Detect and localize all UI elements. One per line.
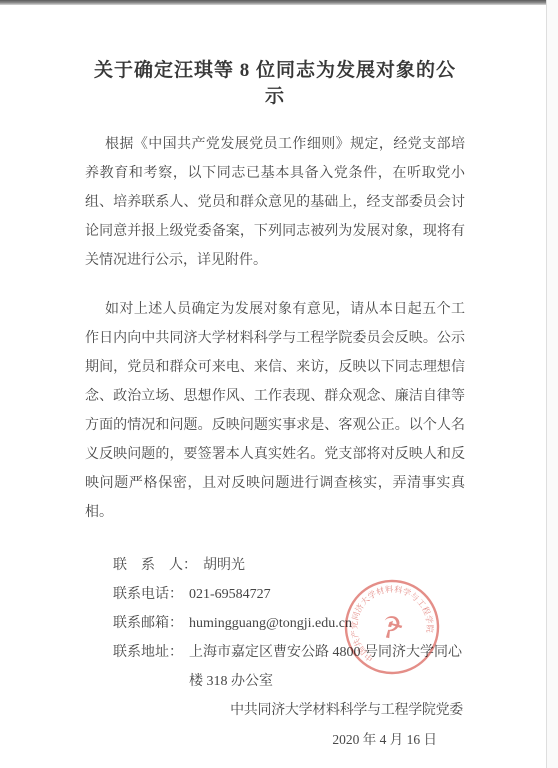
contact-person-value: 胡明光 bbox=[203, 551, 245, 580]
paragraph-feedback-instructions: 如对上述人员确定为发展对象有意见，请从本日起五个工作日内向中共同济大学材料科学与… bbox=[85, 295, 465, 527]
issuing-organization: 中共同济大学材料科学与工程学院党委 bbox=[85, 696, 465, 725]
contact-phone-label: 联系电话： bbox=[113, 580, 183, 609]
document-title: 关于确定汪琪等 8 位同志为发展对象的公示 bbox=[85, 58, 465, 110]
issue-date: 2020 年 4 月 16 日 bbox=[85, 725, 465, 754]
contact-address-label: 联系地址： bbox=[113, 638, 183, 667]
document-title-text: 关于确定汪琪等 8 位同志为发展对象的公示 bbox=[94, 60, 456, 107]
contact-email-value: humingguang@tongji.edu.cn bbox=[189, 609, 352, 638]
contact-address-value: 上海市嘉定区曹安公路 4800 号同济大学同心楼 318 办公室 bbox=[189, 638, 465, 696]
document-page: 关于确定汪琪等 8 位同志为发展对象的公示 根据《中国共产党发展党员工作细则》规… bbox=[0, 0, 558, 768]
contact-row-address: 联系地址： 上海市嘉定区曹安公路 4800 号同济大学同心楼 318 办公室 bbox=[113, 638, 465, 696]
contact-person-label: 联 系 人： bbox=[113, 551, 197, 580]
contact-row-person: 联 系 人： 胡明光 bbox=[113, 551, 465, 580]
contact-phone-value: 021-69584727 bbox=[189, 580, 271, 609]
paragraph-basis: 根据《中国共产党发展党员工作细则》规定，经党支部培养教育和考察，以下同志已基本具… bbox=[85, 130, 465, 275]
contact-row-phone: 联系电话： 021-69584727 bbox=[113, 580, 465, 609]
contact-email-label: 联系邮箱： bbox=[113, 609, 183, 638]
contact-row-email: 联系邮箱： humingguang@tongji.edu.cn bbox=[113, 609, 465, 638]
contact-block: 联 系 人： 胡明光 联系电话： 021-69584727 联系邮箱： humi… bbox=[113, 551, 465, 696]
